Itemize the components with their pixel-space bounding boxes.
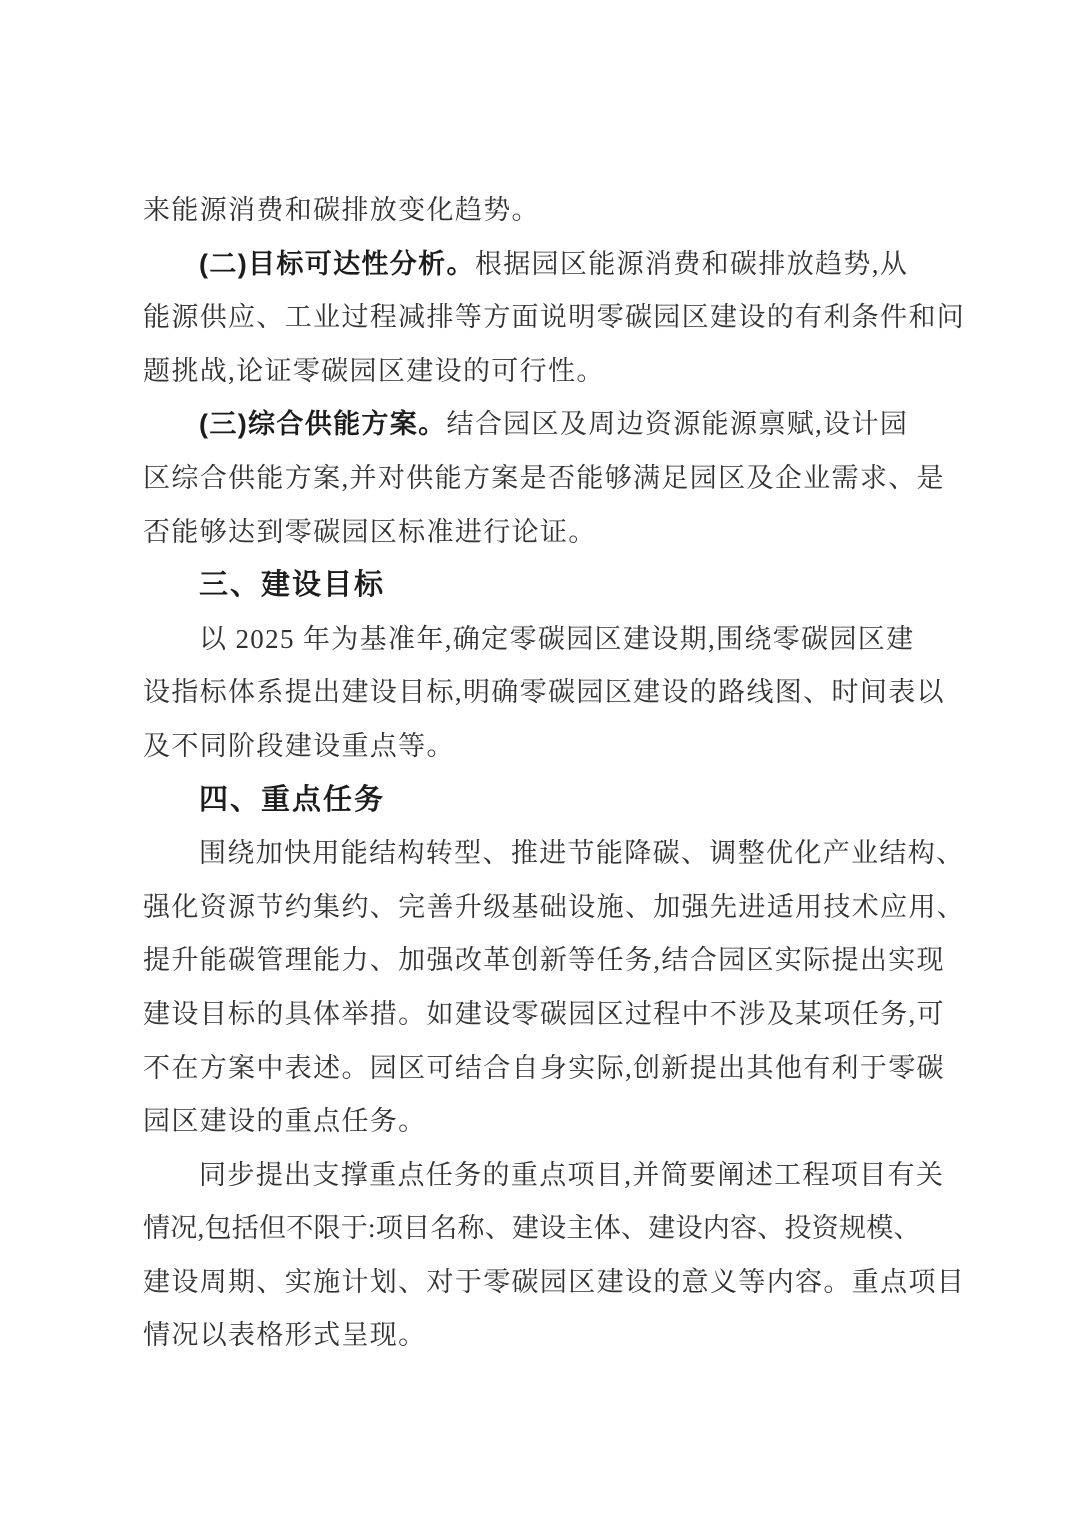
document-page: 来能源消费和碳排放变化趋势。 (二)目标可达性分析。根据园区能源消费和碳排放趋势…: [0, 0, 1080, 1527]
paragraph-line: 围绕加快用能结构转型、推进节能降碳、调整优化产业结构、: [143, 827, 973, 881]
body-text-run: 结合园区及周边资源能源禀赋,设计园: [446, 409, 908, 439]
section-heading-key-tasks: 四、重点任务: [143, 774, 973, 828]
paragraph-line: 不在方案中表述。园区可结合自身实际,创新提出其他有利于零碳: [143, 1042, 973, 1096]
paragraph-line: 设指标体系提出建设目标,明确零碳园区建设的路线图、时间表以: [143, 666, 973, 720]
paragraph-line: 能源供应、工业过程减排等方面说明零碳园区建设的有利条件和问: [143, 291, 973, 345]
body-text-run: 根据园区能源消费和碳排放趋势,从: [475, 249, 908, 279]
paragraph-line: 强化资源节约集约、完善升级基础设施、加强先进适用技术应用、: [143, 881, 973, 935]
paragraph-line: 以 2025 年为基准年,确定零碳园区建设期,围绕零碳园区建: [143, 613, 973, 667]
paragraph-line: 情况,包括但不限于:项目名称、建设主体、建设内容、投资规模、: [143, 1202, 973, 1256]
paragraph-line: 建设周期、实施计划、对于零碳园区建设的意义等内容。重点项目: [143, 1256, 973, 1310]
paragraph-line: 题挑战,论证零碳园区建设的可行性。: [143, 345, 973, 399]
clause-heading-run: (二)目标可达性分析。: [199, 249, 475, 279]
paragraph-line: 否能够达到零碳园区标准进行论证。: [143, 506, 973, 560]
paragraph-line: 提升能碳管理能力、加强改革创新等任务,结合园区实际提出实现: [143, 934, 973, 988]
section-heading-construction-goals: 三、建设目标: [143, 559, 973, 613]
paragraph-line: 同步提出支撑重点任务的重点项目,并简要阐述工程项目有关: [143, 1149, 973, 1203]
clause-heading-run: (三)综合供能方案。: [199, 409, 446, 439]
paragraph-line: 区综合供能方案,并对供能方案是否能够满足园区及企业需求、是: [143, 452, 973, 506]
paragraph-line: 园区建设的重点任务。: [143, 1095, 973, 1149]
paragraph-line: (二)目标可达性分析。根据园区能源消费和碳排放趋势,从: [143, 238, 973, 292]
paragraph-line: 来能源消费和碳排放变化趋势。: [143, 184, 973, 238]
paragraph-line: 及不同阶段建设重点等。: [143, 720, 973, 774]
paragraph-line: 情况以表格形式呈现。: [143, 1309, 973, 1363]
paragraph-line: (三)综合供能方案。结合园区及周边资源能源禀赋,设计园: [143, 398, 973, 452]
document-text-block: 来能源消费和碳排放变化趋势。 (二)目标可达性分析。根据园区能源消费和碳排放趋势…: [143, 184, 973, 1363]
paragraph-line: 建设目标的具体举措。如建设零碳园区过程中不涉及某项任务,可: [143, 988, 973, 1042]
